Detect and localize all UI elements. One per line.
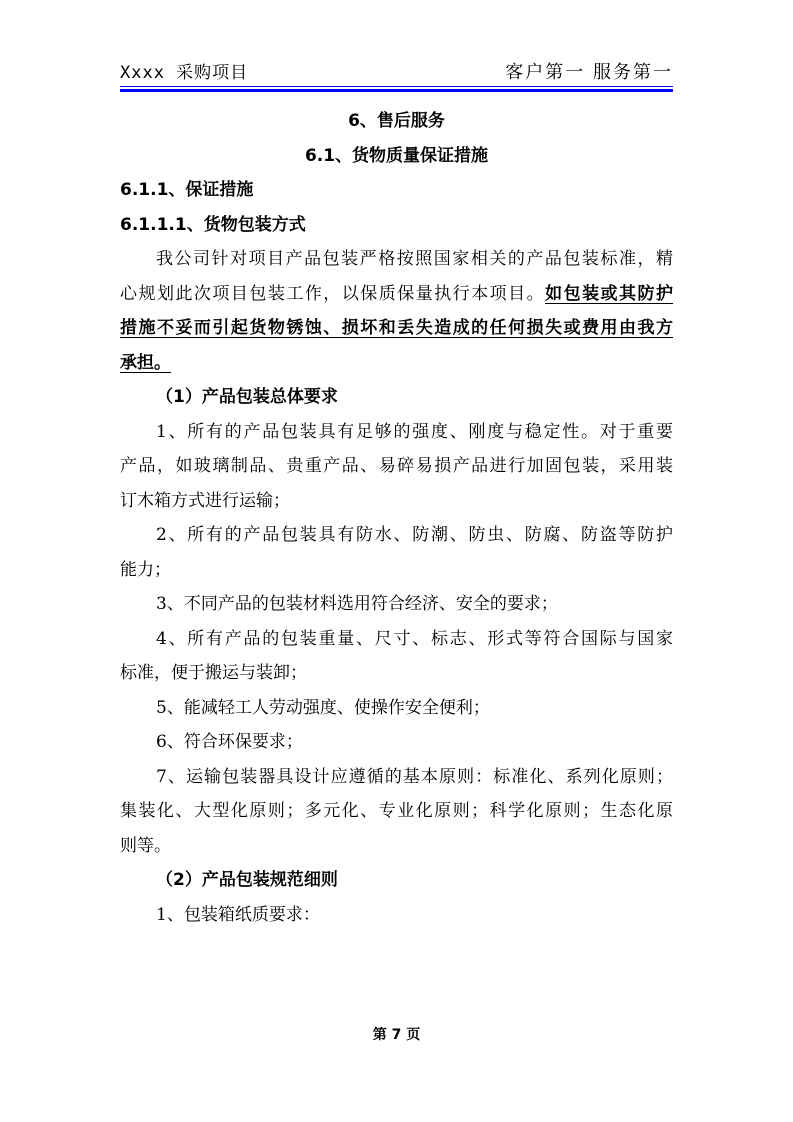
intro-paragraph: 我公司针对项目产品包装严格按照国家相关的产品包装标准，精 心规划此次项目包装工作… bbox=[120, 242, 673, 380]
list-item-line: 产品，如玻璃制品、贵重产品、易碎易损产品进行加固包装，采用装 bbox=[120, 449, 673, 484]
list-item-line: 1、包装箱纸质要求： bbox=[120, 898, 673, 933]
heading-level-4: 6.1.1.1、货物包装方式 bbox=[120, 208, 673, 243]
section-1-title: （1）产品包装总体要求 bbox=[120, 380, 673, 415]
section-1-item-3: 3、不同产品的包装材料选用符合经济、安全的要求； bbox=[120, 587, 673, 622]
list-item-line: 5、能减轻工人劳动强度、使操作安全便利； bbox=[120, 691, 673, 726]
section-2-item-1: 1、包装箱纸质要求： bbox=[120, 898, 673, 933]
intro-emphasis-text: 措施不妥而引起货物锈蚀、损坏和丢失造成的任何损失或费用由我方 bbox=[120, 318, 673, 338]
header-project-name: Xxxx 采购项目 bbox=[120, 58, 248, 83]
intro-emphasis-text: 如包装或其防护 bbox=[545, 284, 673, 304]
page-header: Xxxx 采购项目 客户第一 服务第一 bbox=[120, 56, 673, 86]
list-item-line: 则等。 bbox=[120, 829, 673, 864]
intro-line-3: 措施不妥而引起货物锈蚀、损坏和丢失造成的任何损失或费用由我方 bbox=[120, 311, 673, 346]
list-item-line: 1、所有的产品包装具有足够的强度、刚度与稳定性。对于重要 bbox=[120, 415, 673, 450]
page-body: 6、售后服务 6.1、货物质量保证措施 6.1.1、保证措施 6.1.1.1、货… bbox=[120, 104, 673, 932]
list-item-line: 2、所有的产品包装具有防水、防潮、防虫、防腐、防盗等防护 bbox=[120, 518, 673, 553]
section-1-item-6: 6、符合环保要求； bbox=[120, 725, 673, 760]
list-item-line: 标准，便于搬运与装卸； bbox=[120, 656, 673, 691]
heading-level-1: 6、售后服务 bbox=[120, 104, 673, 139]
list-item-line: 6、符合环保要求； bbox=[120, 725, 673, 760]
list-item-line: 能力； bbox=[120, 553, 673, 588]
intro-plain-text: 心规划此次项目包装工作，以保质保量执行本项目。 bbox=[120, 284, 545, 304]
intro-line-1: 我公司针对项目产品包装严格按照国家相关的产品包装标准，精 bbox=[120, 242, 673, 277]
header-slogan: 客户第一 服务第一 bbox=[505, 58, 673, 84]
intro-line-4: 承担。 bbox=[120, 346, 673, 381]
section-1-item-7: 7、运输包装器具设计应遵循的基本原则：标准化、系列化原则； 集装化、大型化原则；… bbox=[120, 760, 673, 864]
list-item-line: 4、所有产品的包装重量、尺寸、标志、形式等符合国际与国家 bbox=[120, 622, 673, 657]
section-1-item-1: 1、所有的产品包装具有足够的强度、刚度与稳定性。对于重要 产品，如玻璃制品、贵重… bbox=[120, 415, 673, 519]
section-1-item-5: 5、能减轻工人劳动强度、使操作安全便利； bbox=[120, 691, 673, 726]
page-number: 第 7 页 bbox=[0, 1024, 793, 1044]
list-item-line: 集装化、大型化原则；多元化、专业化原则；科学化原则；生态化原 bbox=[120, 794, 673, 829]
section-1-item-2: 2、所有的产品包装具有防水、防潮、防虫、防腐、防盗等防护 能力； bbox=[120, 518, 673, 587]
heading-level-2: 6.1、货物质量保证措施 bbox=[120, 139, 673, 174]
intro-line-2: 心规划此次项目包装工作，以保质保量执行本项目。如包装或其防护 bbox=[120, 277, 673, 312]
section-2-title: （2）产品包装规范细则 bbox=[120, 863, 673, 898]
header-rule-thick bbox=[120, 89, 673, 92]
document-page: Xxxx 采购项目 客户第一 服务第一 6、售后服务 6.1、货物质量保证措施 … bbox=[0, 0, 793, 1122]
list-item-line: 7、运输包装器具设计应遵循的基本原则：标准化、系列化原则； bbox=[120, 760, 673, 795]
list-item-line: 3、不同产品的包装材料选用符合经济、安全的要求； bbox=[120, 587, 673, 622]
header-rule-thin bbox=[120, 86, 673, 87]
section-1-item-4: 4、所有产品的包装重量、尺寸、标志、形式等符合国际与国家 标准，便于搬运与装卸； bbox=[120, 622, 673, 691]
heading-level-3: 6.1.1、保证措施 bbox=[120, 173, 673, 208]
list-item-line: 订木箱方式进行运输； bbox=[120, 484, 673, 519]
intro-emphasis-text: 承担。 bbox=[120, 353, 171, 373]
